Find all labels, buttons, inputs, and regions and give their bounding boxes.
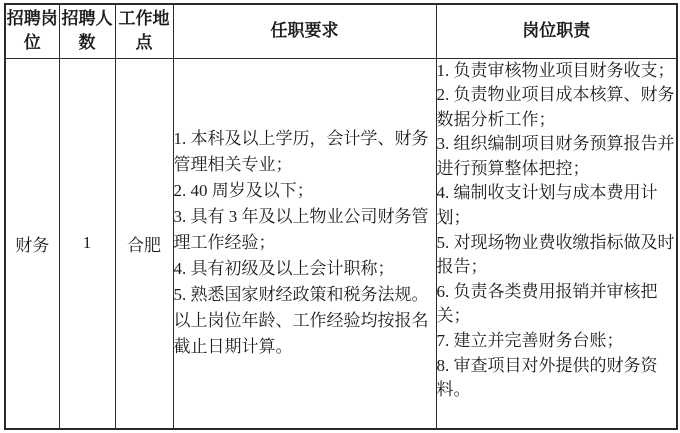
duty-item: 2. 负责物业项目成本核算、财务数据分析工作； — [437, 83, 677, 132]
duties-list: 1. 负责审核物业项目财务收支；2. 负责物业项目成本核算、财务数据分析工作；3… — [437, 59, 677, 403]
header-location: 工作地点 — [115, 4, 173, 58]
duty-item: 3. 组织编制项目财务预算报告并进行预算整体把控； — [437, 132, 677, 181]
header-row: 招聘岗位 招聘人数 工作地点 任职要求 岗位职责 — [5, 4, 677, 58]
requirement-item: 5. 熟悉国家财经政策和税务法规。 — [174, 282, 436, 308]
duty-item: 4. 编制收支计划与成本费用计划； — [437, 181, 677, 230]
header-position: 招聘岗位 — [5, 4, 59, 58]
header-duties: 岗位职责 — [436, 4, 677, 58]
cell-location: 合肥 — [115, 58, 173, 429]
cell-headcount: 1 — [59, 58, 115, 429]
body-row: 财务 1 合肥 1. 本科及以上学历，会计学、财务管理相关专业；2. 40 周岁… — [5, 58, 677, 429]
requirement-item: 4. 具有初级及以上会计职称； — [174, 256, 436, 282]
duty-item: 1. 负责审核物业项目财务收支； — [437, 59, 677, 84]
recruitment-table: 招聘岗位 招聘人数 工作地点 任职要求 岗位职责 财务 1 合肥 1. 本科及以… — [4, 3, 678, 430]
requirement-item: 2. 40 周岁及以下； — [174, 178, 436, 204]
duty-item: 8. 审查项目对外提供的财务资料。 — [437, 354, 677, 403]
requirements-list: 1. 本科及以上学历，会计学、财务管理相关专业；2. 40 周岁及以下；3. 具… — [174, 126, 436, 308]
requirements-cell: 1. 本科及以上学历，会计学、财务管理相关专业；2. 40 周岁及以下；3. 具… — [173, 58, 436, 429]
cell-position: 财务 — [5, 58, 59, 429]
duty-item: 6. 负责各类费用报销并审核把关； — [437, 280, 677, 329]
duty-item: 7. 建立并完善财务台账； — [437, 329, 677, 354]
requirement-item: 3. 具有 3 年及以上物业公司财务管理工作经验； — [174, 204, 436, 256]
duties-cell: 1. 负责审核物业项目财务收支；2. 负责物业项目成本核算、财务数据分析工作；3… — [436, 58, 677, 429]
duty-item: 5. 对现场物业费收缴指标做及时报告； — [437, 231, 677, 280]
requirement-item: 1. 本科及以上学历，会计学、财务管理相关专业； — [174, 126, 436, 178]
requirements-note: 以上岗位年龄、工作经验均按报名截止日期计算。 — [174, 308, 436, 360]
header-requirements: 任职要求 — [173, 4, 436, 58]
page: 招聘岗位 招聘人数 工作地点 任职要求 岗位职责 财务 1 合肥 1. 本科及以… — [0, 0, 680, 433]
header-headcount: 招聘人数 — [59, 4, 115, 58]
